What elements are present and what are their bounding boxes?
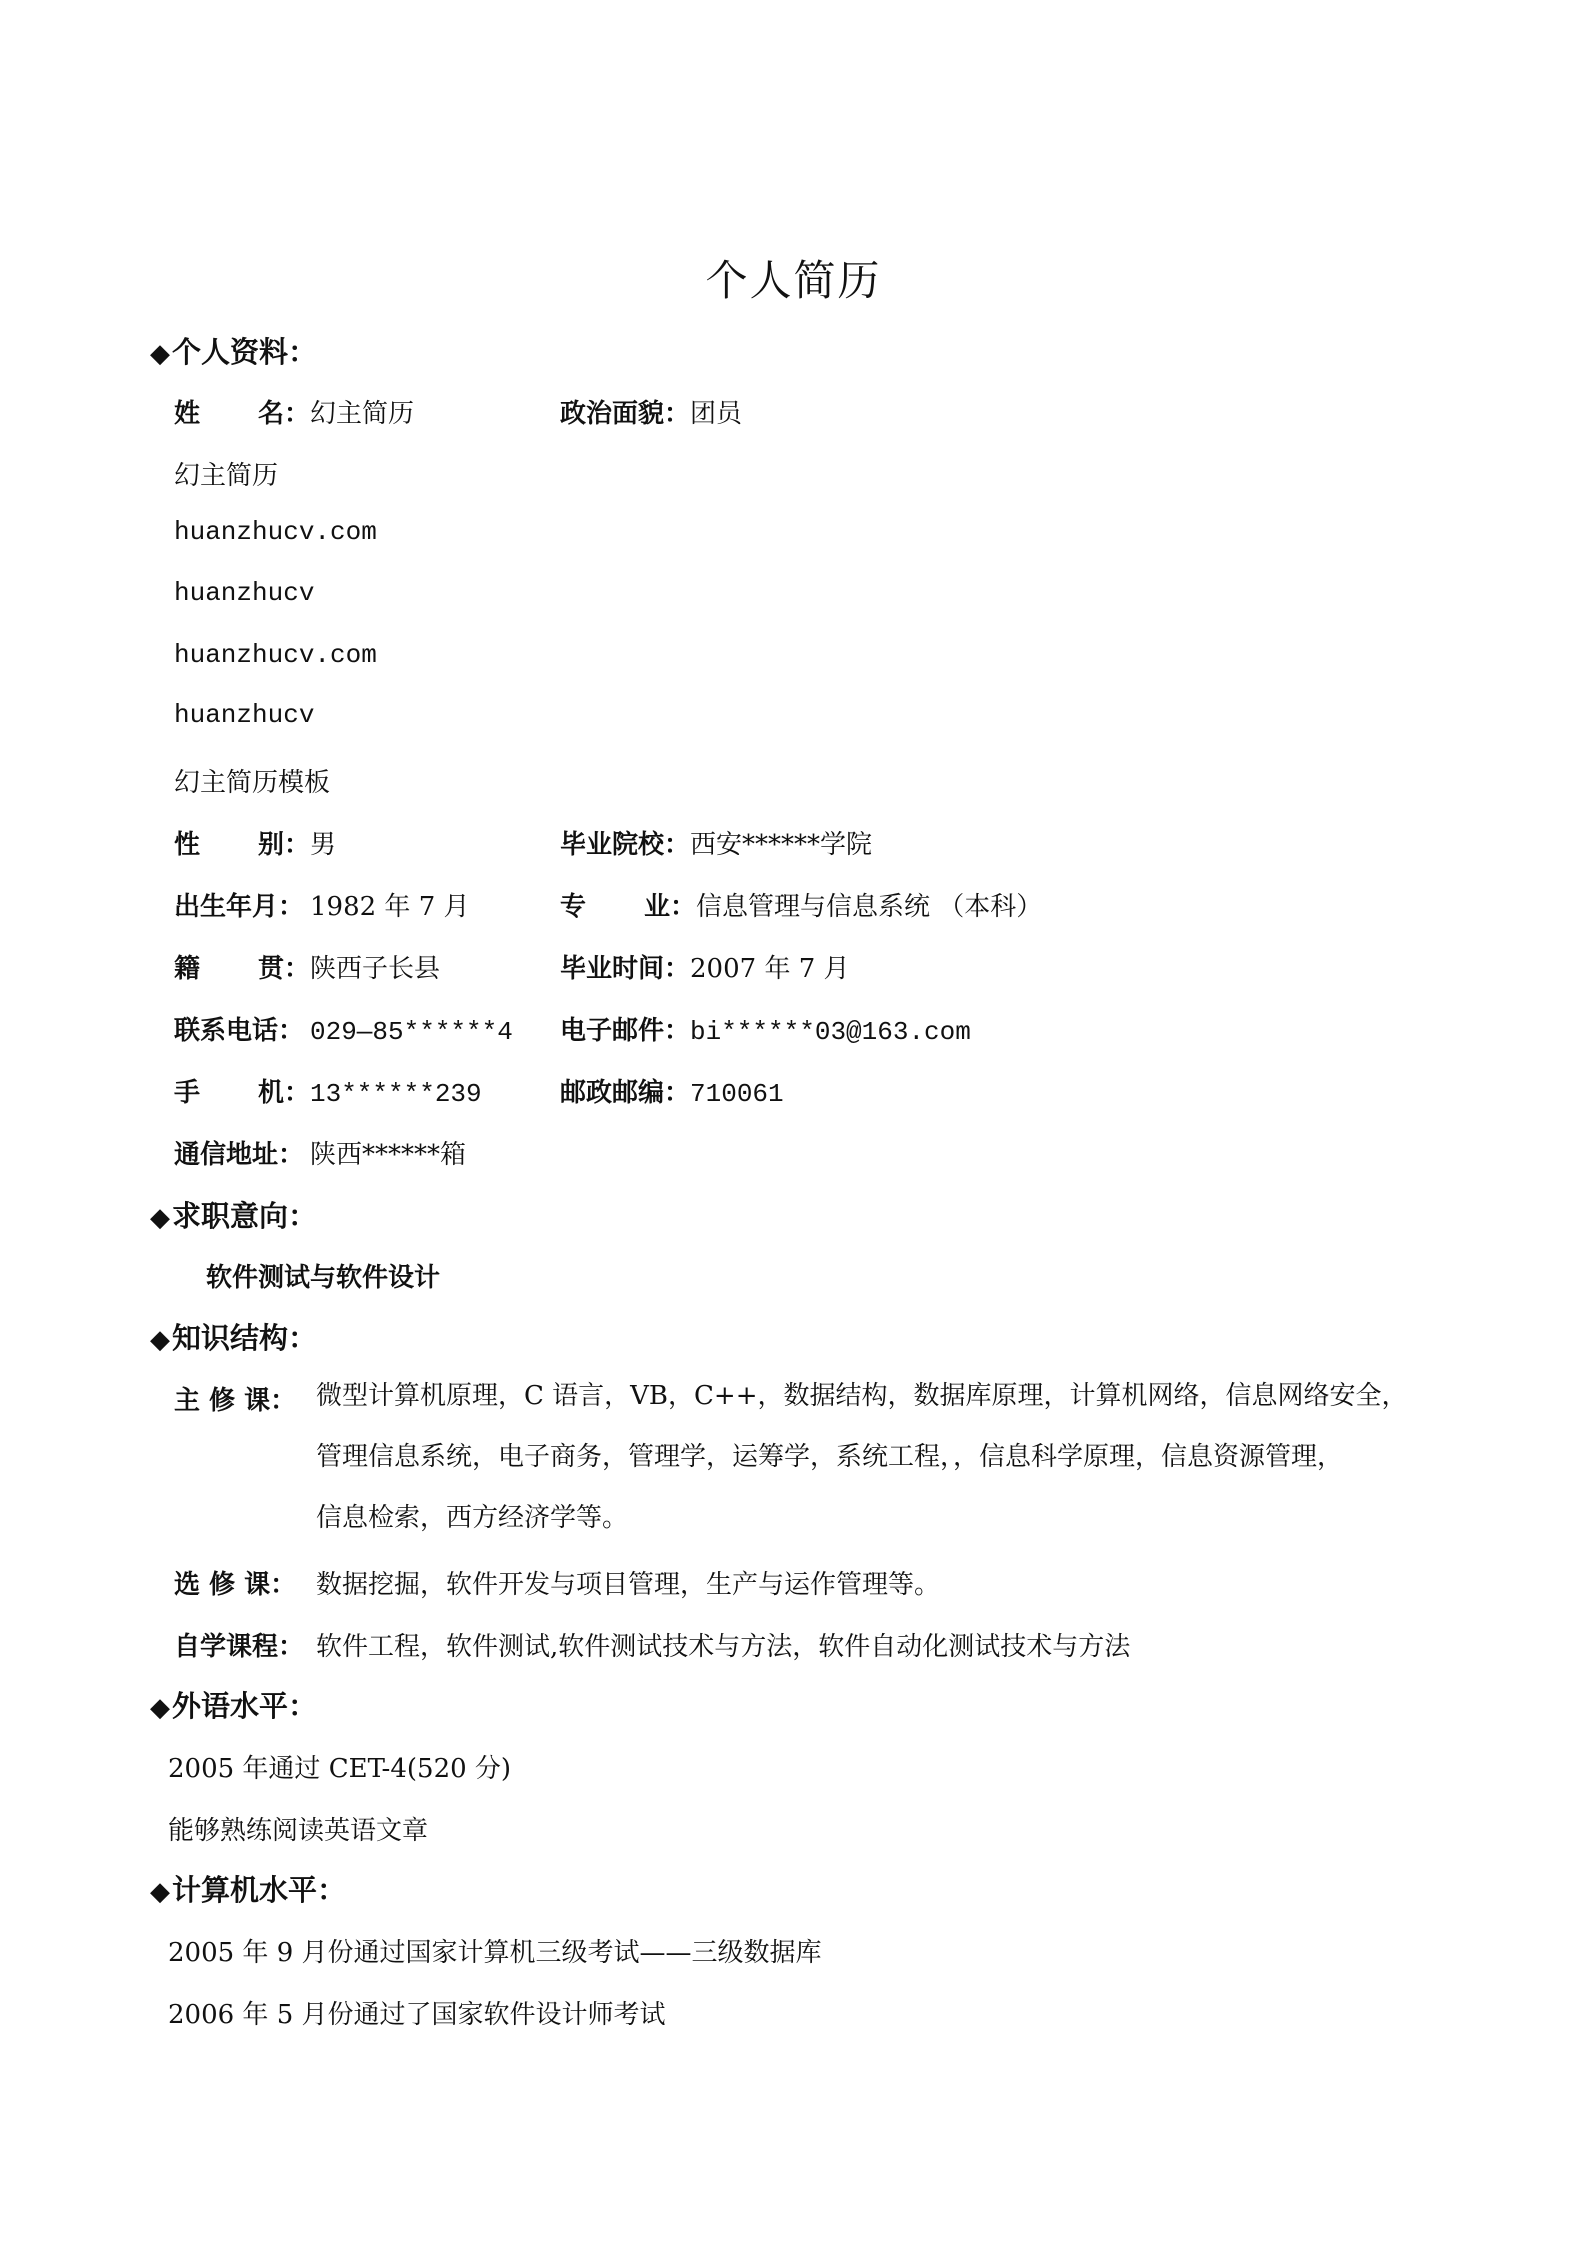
section-heading-computer: ◆计算机水平： [150,1868,346,1909]
field-label: 手机： [174,1072,310,1109]
field-value: 陕西******箱 [310,1140,466,1170]
heading-text: 外语水平： [172,1689,317,1723]
diamond-bullet-icon: ◆ [150,339,170,369]
heading-text: 知识结构： [172,1321,317,1355]
field-value: bi******03@163.com [690,1017,971,1047]
diamond-bullet-icon: ◆ [150,1877,170,1907]
diamond-bullet-icon: ◆ [150,1693,170,1723]
extra-line: 幻主简历模板 [174,762,330,799]
language-line: 2005 年通过 CET-4(520 分) [168,1748,511,1785]
field-label: 电子邮件： [560,1010,690,1047]
field-value: 男 [310,830,336,860]
field-grad-time: 毕业时间：2007 年 7 月 [560,948,850,985]
language-line: 能够熟练阅读英语文章 [168,1810,428,1847]
heading-text: 求职意向： [172,1199,317,1233]
field-label: 毕业时间： [560,948,690,985]
extra-line: huanzhucv.com [174,640,377,670]
diamond-bullet-icon: ◆ [150,1325,170,1355]
field-value: 1982 年 7 月 [310,892,470,922]
major-courses-label: 主 修 课： [174,1380,296,1417]
field-value: 软件工程，软件测试,软件测试技术与方法，软件自动化测试技术与方法 [316,1632,1130,1662]
field-value: 西安******学院 [690,830,872,860]
extra-line: huanzhucv [174,700,314,730]
field-label: 出生年月： [174,886,310,923]
field-gender: 性别：男 毕业院校：西安******学院 [174,824,336,861]
diamond-bullet-icon: ◆ [150,1203,170,1233]
extra-line: huanzhucv.com [174,517,377,547]
field-political: 政治面貌：团员 [560,393,742,430]
heading-text: 个人资料： [172,335,317,369]
field-value: 陕西子长县 [310,954,440,984]
field-value: 信息管理与信息系统 （本科） [696,892,1042,922]
section-heading-intent: ◆求职意向： [150,1194,317,1235]
field-label: 政治面貌： [560,393,690,430]
field-label: 选 修 课： [174,1564,316,1601]
field-mobile: 手机：13******239 邮政邮编：710061 [174,1072,482,1109]
heading-text: 计算机水平： [172,1873,346,1907]
field-postcode: 邮政邮编：710061 [560,1072,784,1109]
section-heading-personal: ◆个人资料： [150,330,317,371]
field-value: 029—85******4 [310,1017,513,1047]
field-label: 自学课程： [174,1626,316,1663]
field-value: 数据挖掘，软件开发与项目管理，生产与运作管理等。 [316,1570,940,1600]
page-title: 个人简历 [0,248,1587,308]
field-school: 毕业院校：西安******学院 [560,824,872,861]
computer-line: 2006 年 5 月份通过了国家软件设计师考试 [168,1994,666,2031]
intent-value: 软件测试与软件设计 [206,1257,440,1294]
field-major: 专业：信息管理与信息系统 （本科） [560,886,1042,923]
field-label: 毕业院校： [560,824,690,861]
field-label: 邮政邮编： [560,1072,690,1109]
field-native: 籍贯：陕西子长县 毕业时间：2007 年 7 月 [174,948,440,985]
course-line: 信息检索，西方经济学等。 [316,1488,1456,1549]
section-heading-language: ◆外语水平： [150,1684,317,1725]
field-birth: 出生年月：1982 年 7 月 专业：信息管理与信息系统 （本科） [174,886,470,923]
computer-line: 2005 年 9 月份通过国家计算机三级考试——三级数据库 [168,1932,822,1969]
field-self-study: 自学课程：软件工程，软件测试,软件测试技术与方法，软件自动化测试技术与方法 [174,1626,1130,1663]
field-name: 姓名：幻主简历 政治面貌：团员 [174,393,414,430]
field-label: 姓名： [174,393,310,430]
course-line: 管理信息系统，电子商务，管理学，运筹学，系统工程，，信息科学原理，信息资源管理， [316,1427,1456,1488]
field-value: 团员 [690,399,742,429]
field-label: 专业： [560,886,696,923]
field-value: 710061 [690,1079,784,1109]
field-value: 13******239 [310,1079,482,1109]
extra-line: 幻主简历 [174,455,278,492]
field-elective: 选 修 课：数据挖掘，软件开发与项目管理，生产与运作管理等。 [174,1564,940,1601]
course-line: 微型计算机原理，C 语言，VB，C++，数据结构，数据库原理，计算机网络，信息网… [316,1366,1456,1427]
field-address: 通信地址：陕西******箱 [174,1134,466,1171]
field-label: 主 修 课： [174,1380,296,1417]
section-heading-knowledge: ◆知识结构： [150,1316,317,1357]
field-label: 联系电话： [174,1010,310,1047]
field-label: 通信地址： [174,1134,310,1171]
field-value: 2007 年 7 月 [690,954,850,984]
field-label: 籍贯： [174,948,310,985]
field-label: 性别： [174,824,310,861]
extra-line: huanzhucv [174,578,314,608]
field-value: 幻主简历 [310,399,414,429]
major-courses-list: 微型计算机原理，C 语言，VB，C++，数据结构，数据库原理，计算机网络，信息网… [316,1366,1456,1549]
field-email: 电子邮件：bi******03@163.com [560,1010,971,1047]
field-phone: 联系电话：029—85******4 电子邮件：bi******03@163.c… [174,1010,513,1047]
